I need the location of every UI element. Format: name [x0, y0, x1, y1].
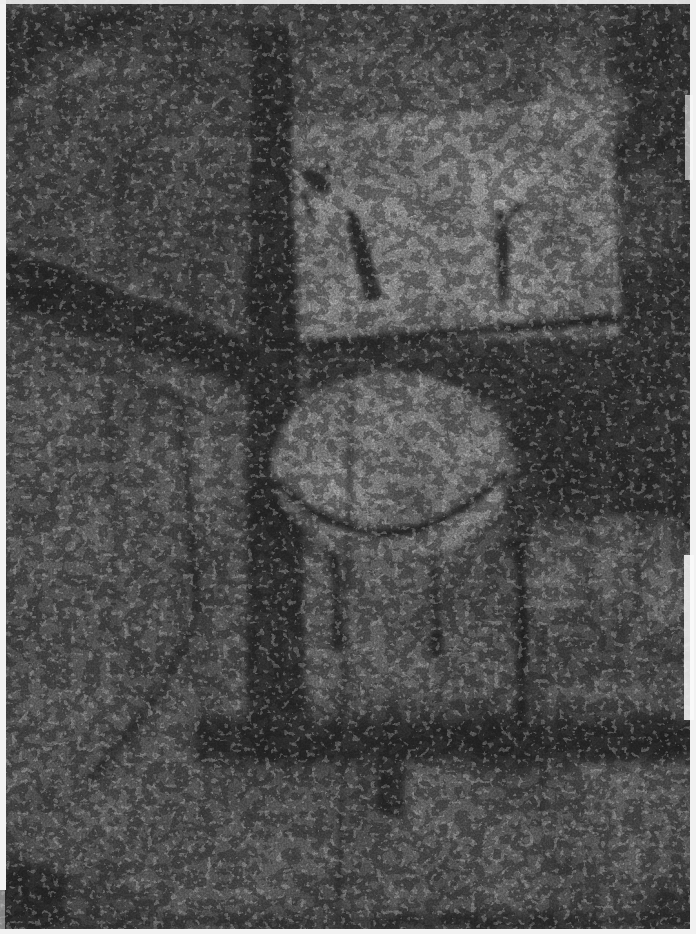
border-left-fade [0, 890, 5, 934]
photo-canvas [0, 0, 696, 934]
grain-layer-fine [0, 0, 696, 934]
photograph [0, 0, 696, 934]
border-left [0, 0, 6, 890]
border-top [0, 0, 696, 4]
border-right-bright-streak-2 [685, 95, 693, 180]
border-right-bright-streak [684, 555, 694, 720]
border-bottom [0, 929, 696, 934]
